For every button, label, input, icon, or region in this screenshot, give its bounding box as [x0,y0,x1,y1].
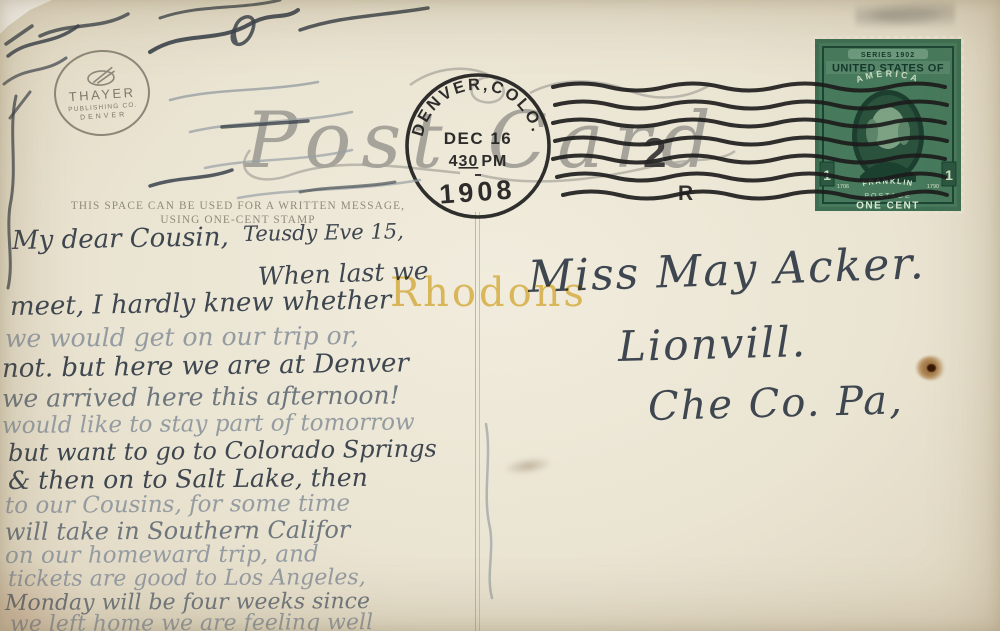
publisher-city: DENVER [80,111,128,121]
address-county-state: Che Co. Pa, [647,377,904,430]
message-line: we would get on our trip or, [5,321,359,353]
foxing-stain-center [927,364,936,372]
instruction-line-1: THIS SPACE CAN BE USED FOR A WRITTEN MES… [58,200,418,212]
painter-palette-icon [84,65,117,87]
postmark-time-min: 30 [459,153,479,170]
postcard-back: Post Card THAYER PUBLISHING CO. DENVER T… [0,0,1000,631]
message-line: meet, I hardly knew whether [10,285,392,322]
scan-corner-background [0,0,56,36]
message-dateline: Teusdy Eve 15, [243,219,404,246]
postmark-year: 1908 [438,174,516,209]
postmark-time: 430PM [449,153,508,170]
message-salutation: My dear Cousin, [12,222,229,256]
stamp-series: SERIES 1902 [861,52,915,59]
message-line: not. but here we are at Denver [2,348,409,384]
message-line: to our Cousins, for some time [5,491,350,519]
message-line: tickets are good to Los Angeles, [8,565,366,592]
postmark-time-ampm: PM [481,153,507,170]
message-line: but want to go to Colorado Springs [8,435,437,467]
cancel-letter: R [678,182,693,205]
postmark: DENVER,COLO. DEC 16 430PM 1908 [407,75,549,217]
cancel-number: 2 [643,129,666,176]
message-line: we arrived here this afternoon! [2,381,400,413]
address-recipient: Miss May Acker. [527,238,926,303]
paper-smudge [502,455,554,478]
postmark-date: DEC 16 [444,129,513,148]
postmark-time-hour: 4 [449,153,459,170]
address-town: Lionvill. [617,317,807,371]
ink-smudge-top [855,0,955,32]
message-line: we left home we are feeling well [10,610,373,631]
watermark-text: Rhodons [390,270,587,316]
publisher-logo: THAYER PUBLISHING CO. DENVER [51,47,153,139]
postmark-and-cancel: 2 R DENVER,COLO. DEC 16 430PM 1908 [395,60,985,230]
cancel-wavy-lines [553,84,947,199]
